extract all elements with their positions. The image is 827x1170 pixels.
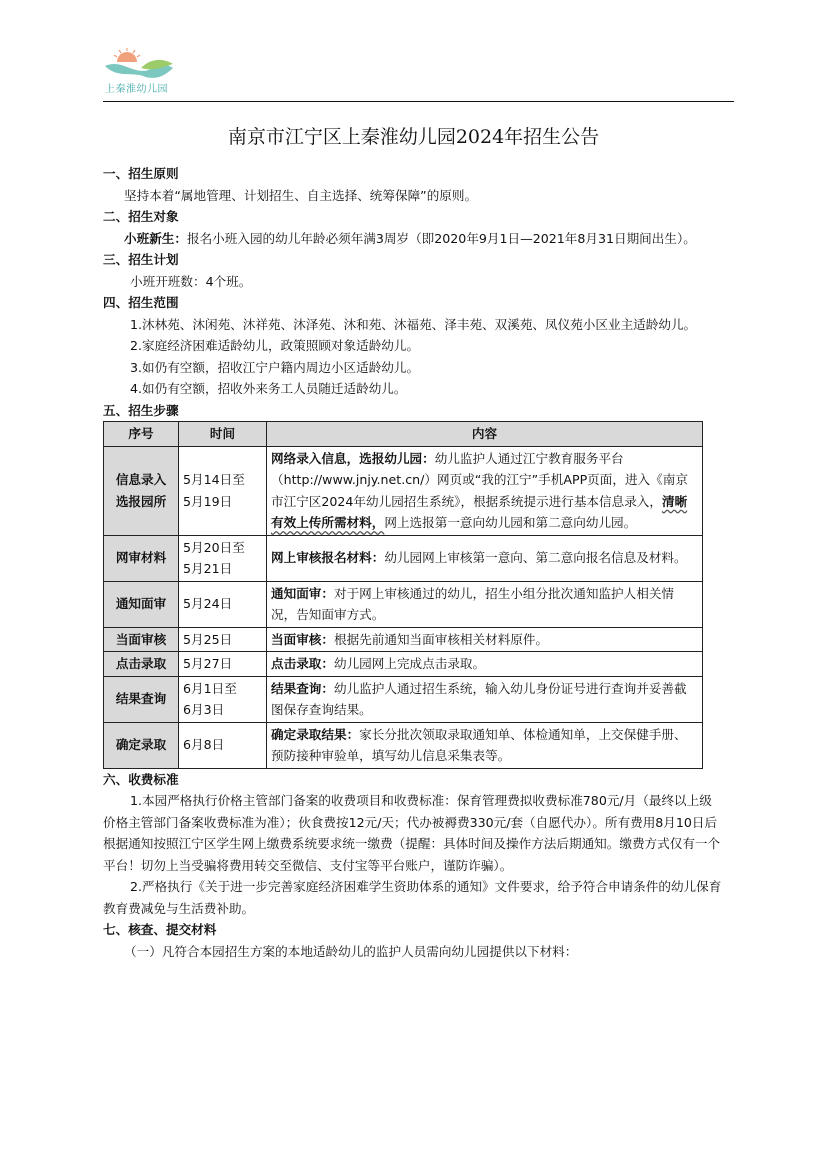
logo-wave-icon (103, 48, 175, 82)
table-row: 通知面审 5月24日 通知面审：对于网上审核通过的幼儿，招生小组分批次通知监护人… (104, 581, 703, 627)
section-heading-principles: 一、招生原则 (103, 163, 723, 185)
fees-item: 1.本园严格执行价格主管部门备案的收费项目和收费标准：保育管理费拟收费标准780… (103, 790, 723, 876)
table-row: 结果查询 6月1日至6月3日 结果查询：幼儿监护人通过招生系统，输入幼儿身份证号… (104, 676, 703, 722)
content-cell: 确定录取结果：家长分批次领取录取通知单、体检通知单，上交保健手册、预防接种审验单… (267, 722, 703, 768)
content-cell: 网上审核报名材料：幼儿园网上审核第一意向、第二意向报名信息及材料。 (267, 535, 703, 581)
table-row: 确定录取 6月8日 确定录取结果：家长分批次领取录取通知单、体检通知单，上交保健… (104, 722, 703, 768)
time-cell: 6月8日 (179, 722, 267, 768)
scope-item: 1.沐林苑、沐闲苑、沐祥苑、沐泽苑、沐和苑、沐福苑、泽丰苑、双溪苑、凤仪苑小区业… (103, 314, 723, 336)
time-cell: 6月1日至6月3日 (179, 676, 267, 722)
enrollment-schedule-table: 序号 时间 内容 信息录入选报园所 5月14日至5月19日 网络录入信息，选报幼… (103, 421, 703, 769)
principles-text: 坚持本着“属地管理、计划招生、自主选择、统筹保障”的原则。 (103, 185, 723, 207)
section-heading-target: 二、招生对象 (103, 206, 723, 228)
content-cell: 点击录取：幼儿园网上完成点击录取。 (267, 652, 703, 677)
step-cell: 网审材料 (104, 535, 179, 581)
logo-text: 上秦淮幼儿园 (105, 80, 168, 95)
scope-item: 2.家庭经济困难适龄幼儿，政策照顾对象适龄幼儿。 (103, 335, 723, 357)
step-cell: 通知面审 (104, 581, 179, 627)
step-cell: 信息录入选报园所 (104, 446, 179, 535)
col-header-time: 时间 (179, 422, 267, 447)
time-cell: 5月27日 (179, 652, 267, 677)
table-row: 当面审核 5月25日 当面审核：根据先前通知当面审核相关材料原件。 (104, 627, 703, 652)
table-row: 信息录入选报园所 5月14日至5月19日 网络录入信息，选报幼儿园：幼儿监护人通… (104, 446, 703, 535)
step-cell: 当面审核 (104, 627, 179, 652)
page-title: 南京市江宁区上秦淮幼儿园2024年招生公告 (0, 122, 827, 149)
col-header-content: 内容 (267, 422, 703, 447)
col-header-step: 序号 (104, 422, 179, 447)
scope-item: 4.如仍有空额，招收外来务工人员随迁适龄幼儿。 (103, 378, 723, 400)
content-cell: 结果查询：幼儿监护人通过招生系统，输入幼儿身份证号进行查询并妥善截图保存查询结果… (267, 676, 703, 722)
section-heading-materials: 七、核查、提交材料 (103, 919, 723, 941)
content-cell: 当面审核：根据先前通知当面审核相关材料原件。 (267, 627, 703, 652)
time-cell: 5月24日 (179, 581, 267, 627)
time-cell: 5月14日至5月19日 (179, 446, 267, 535)
table-row: 点击录取 5月27日 点击录取：幼儿园网上完成点击录取。 (104, 652, 703, 677)
content-cell: 通知面审：对于网上审核通过的幼儿，招生小组分批次通知监护人相关情况，告知面审方式… (267, 581, 703, 627)
section-heading-steps: 五、招生步骤 (103, 400, 723, 422)
target-text: 报名小班入园的幼儿年龄必须年满3周岁（即2020年9月1日—2021年8月31日… (187, 231, 696, 246)
section-heading-fees: 六、收费标准 (103, 769, 723, 791)
table-row: 网审材料 5月20日至5月21日 网上审核报名材料：幼儿园网上审核第一意向、第二… (104, 535, 703, 581)
step-cell: 确定录取 (104, 722, 179, 768)
plan-text: 小班开班数：4个班。 (103, 271, 723, 293)
header-divider (103, 101, 734, 102)
section-heading-scope: 四、招生范围 (103, 292, 723, 314)
section-heading-plan: 三、招生计划 (103, 249, 723, 271)
step-cell: 点击录取 (104, 652, 179, 677)
table-header-row: 序号 时间 内容 (104, 422, 703, 447)
materials-text: （一）凡符合本园招生方案的本地适龄幼儿的监护人员需向幼儿园提供以下材料： (103, 941, 723, 963)
document-body: 一、招生原则 坚持本着“属地管理、计划招生、自主选择、统筹保障”的原则。 二、招… (103, 163, 723, 962)
content-cell: 网络录入信息，选报幼儿园：幼儿监护人通过江宁教育服务平台（http://www.… (267, 446, 703, 535)
target-paragraph: 小班新生：报名小班入园的幼儿年龄必须年满3周岁（即2020年9月1日—2021年… (103, 228, 723, 250)
step-cell: 结果查询 (104, 676, 179, 722)
time-cell: 5月20日至5月21日 (179, 535, 267, 581)
time-cell: 5月25日 (179, 627, 267, 652)
target-label: 小班新生： (124, 231, 187, 246)
fees-item: 2.严格执行《关于进一步完善家庭经济困难学生资助体系的通知》文件要求，给予符合申… (103, 876, 723, 919)
scope-item: 3.如仍有空额，招收江宁户籍内周边小区适龄幼儿。 (103, 357, 723, 379)
